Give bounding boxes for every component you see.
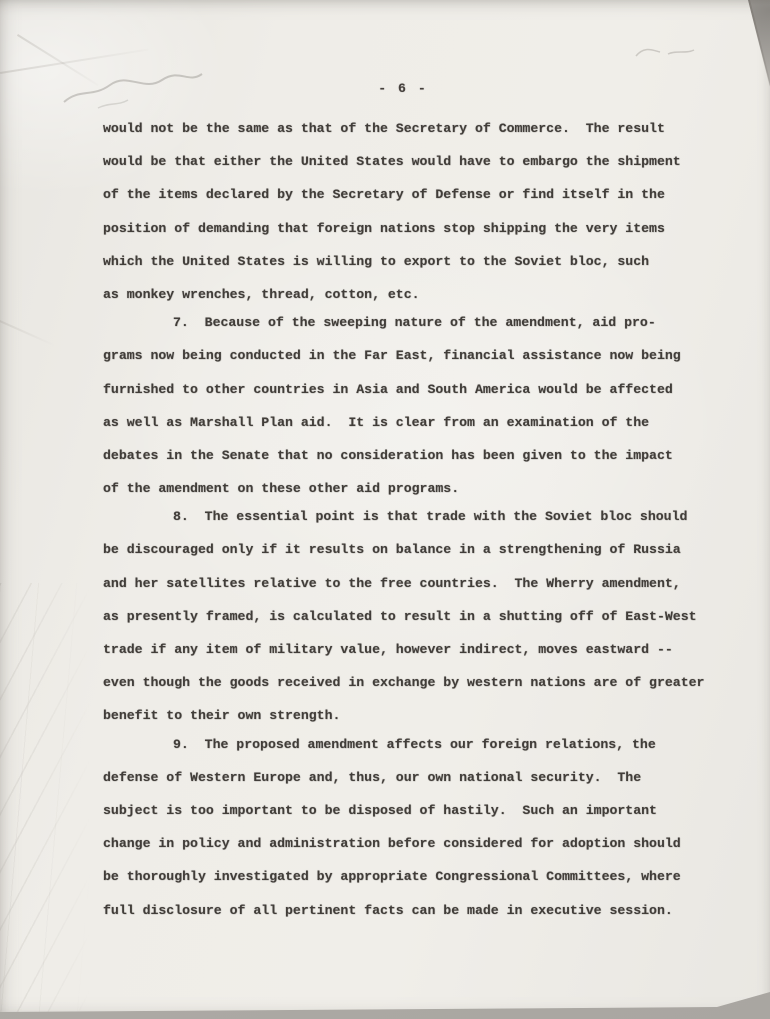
paragraph: 9. The proposed amendment affects our fo…	[103, 728, 715, 927]
text-line: 8. The essential point is that trade wit…	[103, 500, 715, 533]
text-line: and her satellites relative to the free …	[103, 567, 715, 600]
text-line: trade if any item of military value, how…	[103, 633, 715, 666]
text-line: subject is too important to be disposed …	[103, 794, 715, 827]
paper-fold-line	[0, 320, 55, 346]
text-line: furnished to other countries in Asia and…	[103, 373, 715, 406]
paragraph: 7. Because of the sweeping nature of the…	[103, 306, 715, 505]
text-line: defense of Western Europe and, thus, our…	[103, 761, 715, 794]
text-line: as well as Marshall Plan aid. It is clea…	[103, 406, 715, 439]
text-line: grams now being conducted in the Far Eas…	[103, 339, 715, 372]
text-line: position of demanding that foreign natio…	[103, 212, 715, 245]
text-line: 9. The proposed amendment affects our fo…	[103, 728, 715, 761]
paragraph: 8. The essential point is that trade wit…	[103, 500, 715, 732]
text-line: would not be the same as that of the Sec…	[103, 112, 715, 145]
text-line: full disclosure of all pertinent facts c…	[103, 894, 715, 927]
paragraph: would not be the same as that of the Sec…	[103, 112, 715, 311]
text-line: of the items declared by the Secretary o…	[103, 178, 715, 211]
document-body: would not be the same as that of the Sec…	[103, 112, 715, 927]
text-line: 7. Because of the sweeping nature of the…	[103, 306, 715, 339]
text-line: as presently framed, is calculated to re…	[103, 600, 715, 633]
text-line: debates in the Senate that no considerat…	[103, 439, 715, 472]
text-line: be discouraged only if it results on bal…	[103, 533, 715, 566]
paper-sheet: - 6 - would not be the same as that of t…	[0, 0, 770, 1019]
scanned-page: - 6 - would not be the same as that of t…	[0, 0, 770, 1019]
text-line: change in policy and administration befo…	[103, 827, 715, 860]
pencil-smudge	[630, 38, 700, 68]
text-line: would be that either the United States w…	[103, 145, 715, 178]
page-number: - 6 -	[103, 81, 703, 96]
text-line: be thoroughly investigated by appropriat…	[103, 860, 715, 893]
text-line: which the United States is willing to ex…	[103, 245, 715, 278]
paper-crease-texture	[0, 583, 95, 1013]
text-line: even though the goods received in exchan…	[103, 666, 715, 699]
